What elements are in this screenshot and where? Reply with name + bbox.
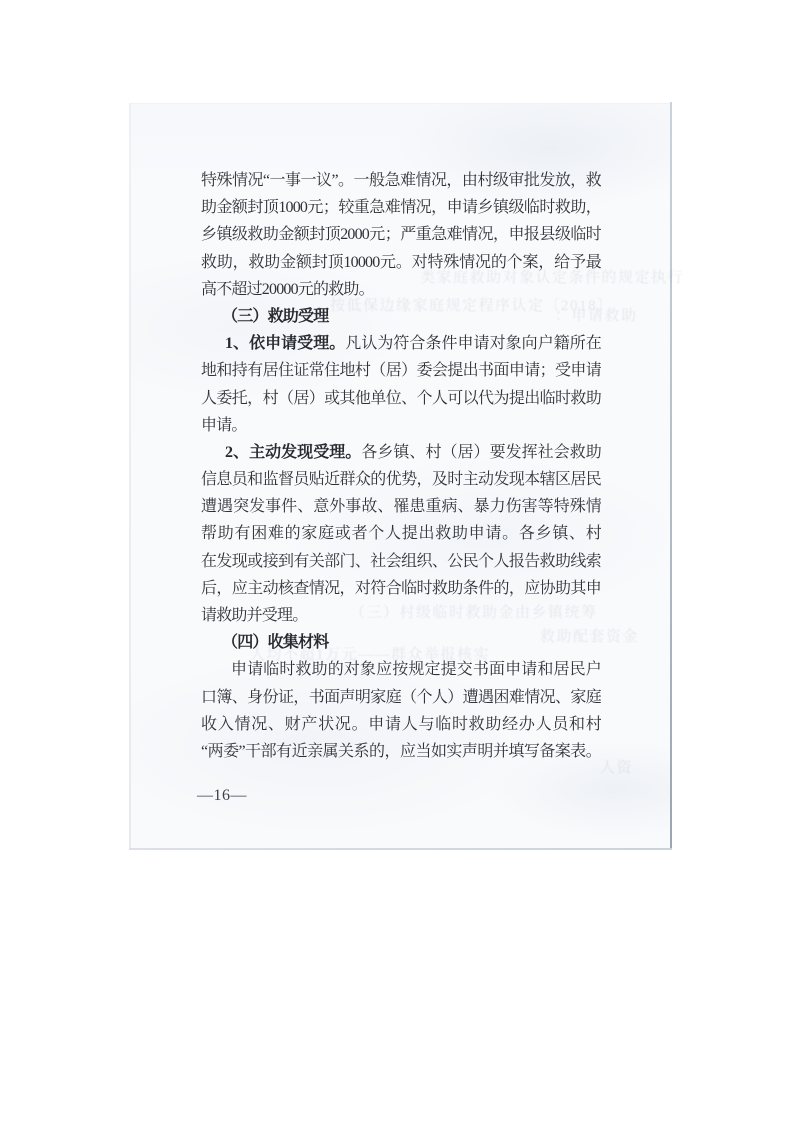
text-line: 救助，救助金额封顶10000元。对特殊情况的个案，给予最 [201,249,601,276]
scan-canvas: { "document": { "page_number": "—16—", "… [0,0,793,1122]
text-line: 请救助并受理。 [201,602,601,629]
text-line: 口簿、身份证，书面声明家庭（个人）遭遇困难情况、家庭 [201,684,601,711]
text-line: 2、主动发现受理。各乡镇、村（居）要发挥社会救助 [201,439,601,466]
page-edge-bottom [129,848,672,850]
page-edge-top [129,103,670,104]
page-edge-left [129,103,131,849]
bold-lead: 1、依申请受理。 [225,335,345,352]
text-line: 人委托，村（居）或其他单位、个人可以代为提出临时救助 [201,385,601,412]
text-line: （三）救助受理 [201,303,601,330]
text-line: 申请。 [201,412,601,439]
text-line: 申请临时救助的对象应按规定提交书面申请和居民户 [201,656,601,683]
document-body: 特殊情况“一事一议”。一般急难情况，由村级审批发放，救助金额封顶1000元；较重… [201,167,601,765]
text-line: 地和持有居住证常住地村（居）委会提出书面申请；受申请 [201,357,601,384]
text-line: 1、依申请受理。凡认为符合条件申请对象向户籍所在 [201,330,601,357]
text-line: 遭遇突发事件、意外事故、罹患重病、暴力伤害等特殊情况， [201,493,601,520]
ghost-text: 人资 [600,756,633,777]
text-line: 收入情况、财产状况。申请人与临时救助经办人员和村（居） [201,711,601,738]
scanned-page: 类家庭救助对象认定条件的规定执行按低保边缘家庭规定程序认定〔2018〕：申请救助… [129,103,670,849]
text-line: “两委”干部有近亲属关系的，应当如实声明并填写备案表。 [201,738,601,765]
page-edge-right [670,102,672,850]
text-line: 助金额封顶1000元；较重急难情况，申请乡镇级临时救助， [201,194,601,221]
bold-lead: 2、主动发现受理。 [225,444,361,461]
text-line: 后，应主动核查情况，对符合临时救助条件的，应协助其申 [201,575,601,602]
page-number: —16— [197,782,247,810]
text-line: （四）收集材料 [201,629,601,656]
text-line: 高不超过20000元的救助。 [201,276,601,303]
text-line: 帮助有困难的家庭或者个人提出救助申请。各乡镇、村（居） [201,520,601,547]
text-line: 乡镇级救助金额封顶2000元；严重急难情况，申报县级临时 [201,221,601,248]
text-line: 特殊情况“一事一议”。一般急难情况，由村级审批发放，救 [201,167,601,194]
text-line: 信息员和监督员贴近群众的优势，及时主动发现本辖区居民 [201,466,601,493]
text-line: 在发现或接到有关部门、社会组织、公民个人报告救助线索 [201,548,601,575]
